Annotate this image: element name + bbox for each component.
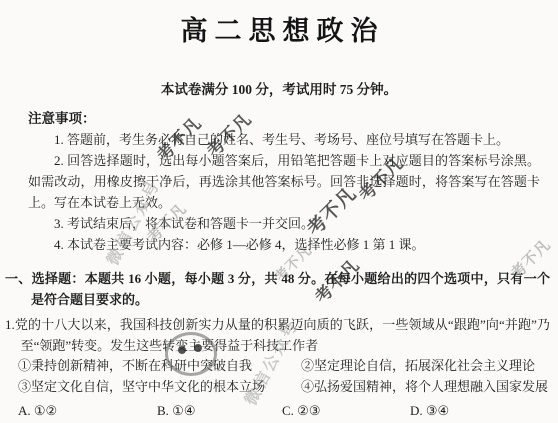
statement-2: ②坚定理论自信，拓展深化社会主义理论 bbox=[301, 356, 550, 377]
exam-paper-page: 高二思想政治 本试卷满分 100 分，考试用时 75 分钟。 注意事项： 1. … bbox=[0, 0, 558, 423]
choice-c: C. ②③ bbox=[282, 400, 320, 421]
notice-item-1: 1. 答题前，考生务必将自己的姓名、考生号、考场号、座位号填写在答题卡上。 bbox=[28, 129, 540, 150]
question-area: 一、选择题：本题共 16 小题，每小题 3 分，共 48 分。在每小题给出的四个… bbox=[5, 268, 550, 421]
notice-section: 注意事项： 1. 答题前，考生务必将自己的姓名、考生号、考场号、座位号填写在答题… bbox=[28, 109, 540, 255]
notice-heading: 注意事项： bbox=[28, 109, 540, 129]
statement-4: ④弘扬爱国精神，将个人理想融入国家发展 bbox=[301, 377, 550, 398]
section-heading: 一、选择题：本题共 16 小题，每小题 3 分，共 48 分。在每小题给出的四个… bbox=[5, 268, 550, 310]
notice-item-3: 3. 考试结束后，将本试卷和答题卡一并交回。 bbox=[28, 213, 540, 234]
choice-b: B. ①④ bbox=[157, 400, 195, 421]
choice-a: A. ①② bbox=[18, 400, 57, 421]
question-1-statements: ①秉持创新精神，不断在科研中突破自我 ②坚定理论自信，拓展深化社会主义理论 ③坚… bbox=[5, 356, 550, 397]
choice-d: D. ③④ bbox=[410, 400, 449, 421]
exam-title: 高二思想政治 bbox=[0, 0, 558, 48]
notice-item-4: 4. 本试卷主要考试内容：必修 1—必修 4，选择性必修 1 第 1 课。 bbox=[28, 234, 540, 255]
question-1-choices: A. ①② B. ①④ C. ②③ D. ③④ bbox=[5, 400, 550, 421]
statement-3: ③坚定文化自信，坚守中华文化的根本立场 bbox=[18, 377, 301, 398]
notice-item-2: 2. 回答选择题时，选出每小题答案后，用铅笔把答题卡上对应题目的答案标号涂黑。如… bbox=[28, 150, 540, 213]
statement-1: ①秉持创新精神，不断在科研中突破自我 bbox=[18, 356, 301, 377]
exam-info-line: 本试卷满分 100 分，考试用时 75 分钟。 bbox=[0, 82, 558, 98]
question-1-stem: 1.党的十八大以来，我国科技创新实力从量的积累迈向质的飞跃，一些领域从“跟跑”向… bbox=[5, 314, 550, 356]
